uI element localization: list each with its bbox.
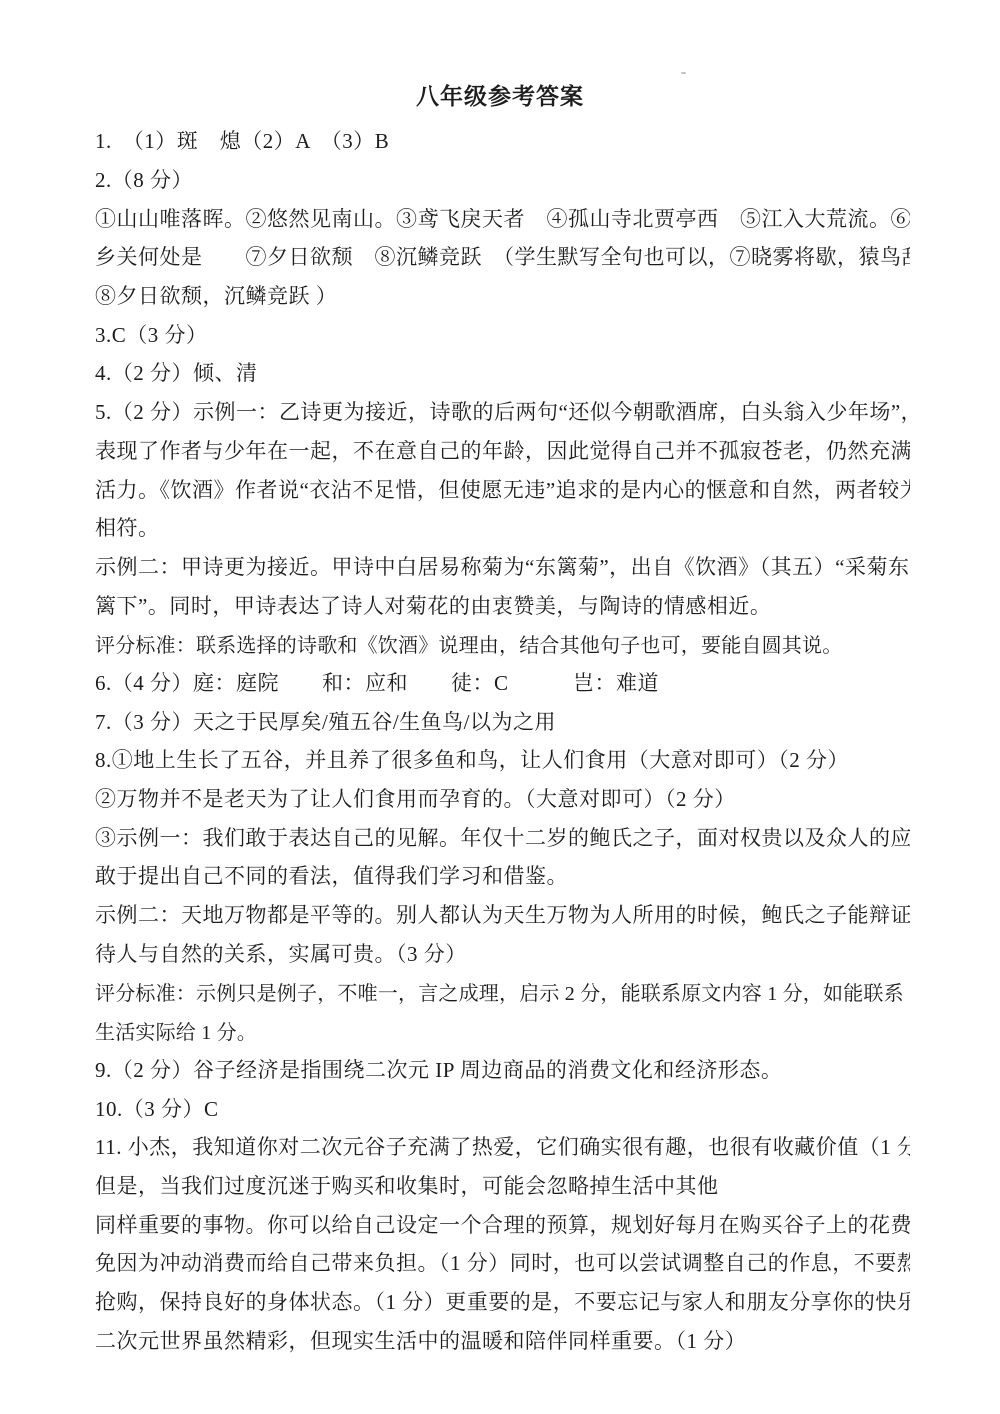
text-line: 8.①地上生长了五谷，并且养了很多鱼和鸟，让人们食用（大意对即可）（2 分） — [95, 740, 910, 779]
text-line: 4.（2 分）倾、清 — [95, 353, 910, 392]
text-line: ①山山唯落晖。②悠然见南山。③鸢飞戾天者 ④孤山寺北贾亭西 ⑤江入大荒流。⑥日暮 — [95, 198, 910, 237]
text-line: 同样重要的事物。你可以给自己设定一个合理的预算，规划好每月在购买谷子上的花费，避 — [95, 1204, 910, 1243]
text-line: 5.（2 分）示例一：乙诗更为接近，诗歌的后两句“还似今朝歌酒席，白头翁入少年场… — [95, 392, 910, 431]
text-line: 表现了作者与少年在一起，不在意自己的年龄，因此觉得自己并不孤寂苍老，仍然充满青春 — [95, 431, 910, 470]
text-line: 3.C（3 分） — [95, 314, 910, 353]
stray-dot-mark — [681, 72, 686, 74]
text-line: 乡关何处是 ⑦夕日欲颓 ⑧沉鳞竞跃 （学生默写全句也可以，⑦晓雾将歇，猿鸟乱鸣 — [95, 237, 910, 276]
text-line: 二次元世界虽然精彩，但现实生活中的温暖和陪伴同样重要。（1 分） — [95, 1320, 910, 1359]
text-line: 相符。 — [95, 508, 910, 547]
text-line: 2.（8 分） — [95, 160, 910, 199]
text-line: 抢购，保持良好的身体状态。（1 分）更重要的是，不要忘记与家人和朋友分享你的快乐… — [95, 1282, 910, 1321]
text-line: 活力。《饮酒》作者说“衣沾不足惜，但使愿无违”追求的是内心的惬意和自然，两者较为 — [95, 469, 910, 508]
text-line: 生活实际给 1 分。 — [95, 1011, 910, 1050]
text-line: 示例二：甲诗更为接近。甲诗中白居易称菊为“东篱菊”，出自《饮酒》（其五）“采菊东 — [95, 547, 910, 586]
text-line: 免因为冲动消费而给自己带来负担。（1 分）同时，也可以尝试调整自己的作息，不要熬… — [95, 1243, 910, 1282]
text-line: 7.（3 分）天之于民厚矣/殖五谷/生鱼鸟/以为之用 — [95, 701, 910, 740]
text-line: 评分标准：联系选择的诗歌和《饮酒》说理由，结合其他句子也可，要能自圆其说。 — [95, 624, 910, 663]
text-line: 9.（2 分）谷子经济是指围绕二次元 IP 周边商品的消费文化和经济形态。 — [95, 1050, 910, 1089]
text-line: ②万物并不是老天为了让人们食用而孕育的。（大意对即可）（2 分） — [95, 779, 910, 818]
text-line: 待人与自然的关系，实属可贵。（3 分） — [95, 933, 910, 972]
answer-lines-container: 1. （1）斑 熄（2）A （3）B2.（8 分）①山山唯落晖。②悠然见南山。③… — [95, 121, 910, 1359]
text-line: 评分标准：示例只是例子，不唯一，言之成理，启示 2 分，能联系原文内容 1 分，… — [95, 972, 910, 1011]
text-line: 示例二：天地万物都是平等的。别人都认为天生万物为人所用的时候，鲍氏之子能辩证地看 — [95, 895, 910, 934]
text-line: 敢于提出自己不同的看法，值得我们学习和借鉴。 — [95, 856, 910, 895]
text-line: 6.（4 分）庭：庭院 和：应和 徒：C 岂：难道 — [95, 663, 910, 702]
text-line: 1. （1）斑 熄（2）A （3）B — [95, 121, 910, 160]
text-line: 但是，当我们过度沉迷于购买和收集时，可能会忽略掉生活中其他 — [95, 1166, 910, 1205]
text-line: ⑧夕日欲颓，沉鳞竞跃 ） — [95, 276, 910, 315]
text-line: 篱下”。同时，甲诗表达了诗人对菊花的由衷赞美，与陶诗的情感相近。 — [95, 585, 910, 624]
text-line: ③示例一：我们敢于表达自己的见解。年仅十二岁的鲍氏之子，面对权贵以及众人的应和， — [95, 817, 910, 856]
page-title: 八年级参考答案 — [0, 82, 1000, 112]
answer-sheet-page: 八年级参考答案 1. （1）斑 熄（2）A （3）B2.（8 分）①山山唯落晖。… — [0, 0, 1000, 1414]
text-line: 11. 小杰，我知道你对二次元谷子充满了热爱，它们确实很有趣，也很有收藏价值（1… — [95, 1127, 910, 1166]
text-line: 10.（3 分）C — [95, 1088, 910, 1127]
